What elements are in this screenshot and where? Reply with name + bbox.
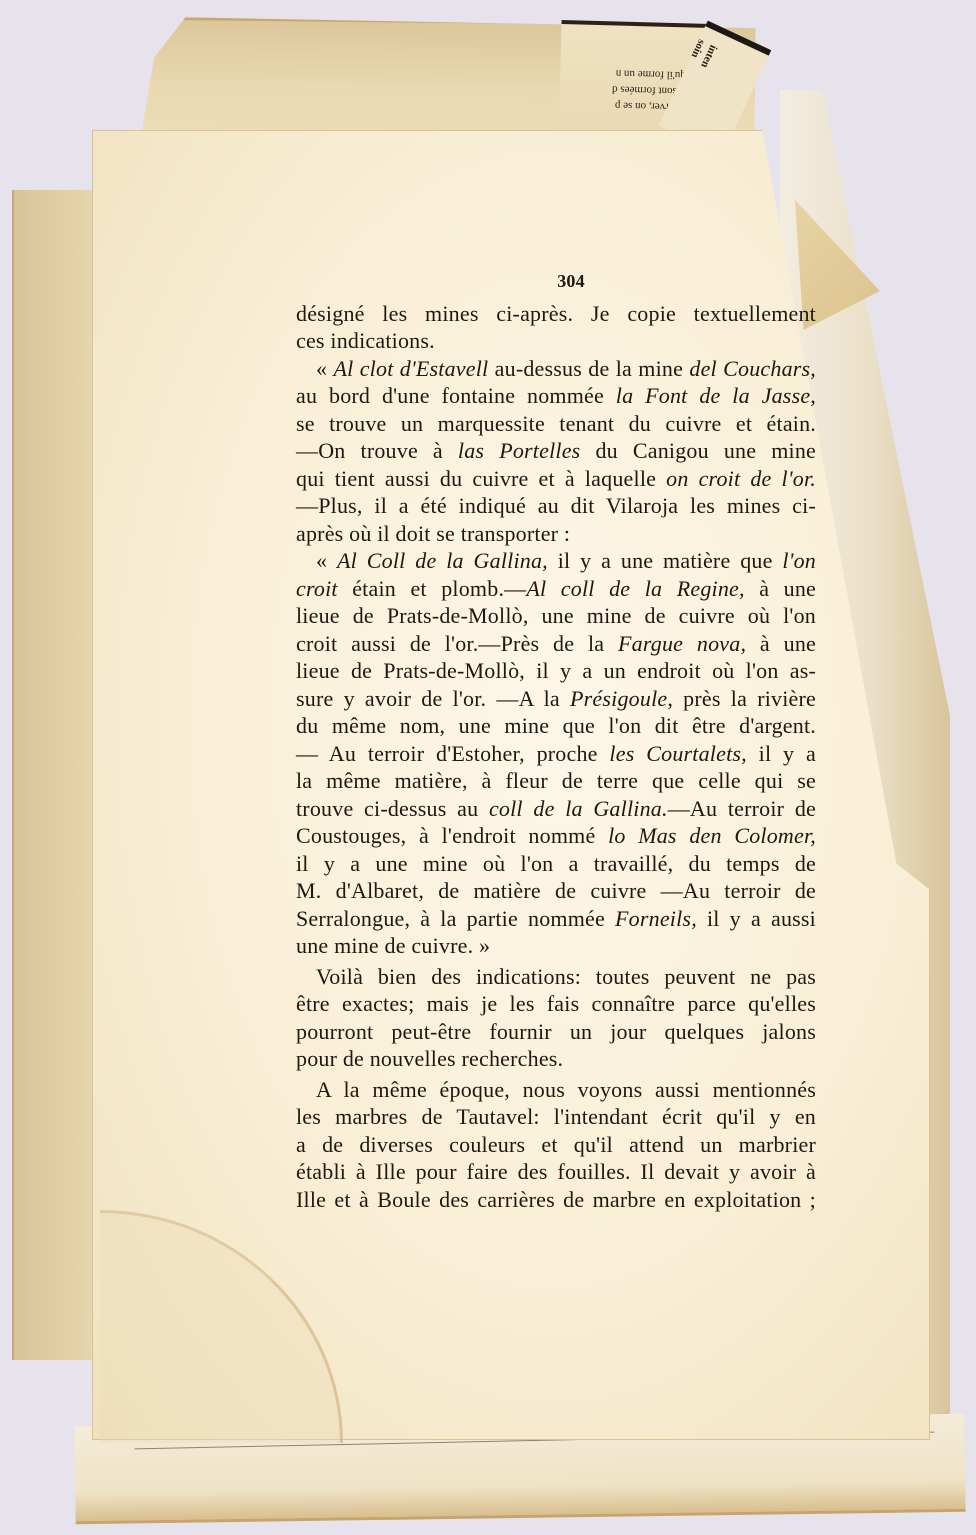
text-line: a de diverses couleurs et qu'il attend u…	[296, 1131, 816, 1159]
text-line: se trouve un marquessite tenant du cuivr…	[296, 410, 816, 438]
text: «	[316, 356, 333, 381]
text-line: sure y avoir de l'or. —A la Présigoule, …	[296, 685, 816, 713]
text: sure y avoir de l'or. —A la	[296, 686, 570, 711]
italic-text: las Portelles	[458, 438, 581, 463]
text: — Au terroir d'Estoher, proche	[296, 741, 609, 766]
text: Ille et à Boule des carrières de marbre …	[296, 1187, 816, 1212]
text-line: — Au terroir d'Estoher, proche les Court…	[296, 740, 816, 768]
text: il y a une mine où l'on a travaillé, du …	[296, 851, 816, 876]
text: a de diverses couleurs et qu'il attend u…	[296, 1132, 816, 1157]
text: pour de nouvelles recherches.	[296, 1046, 563, 1071]
text-line: pourront peut-être fournir un jour quelq…	[296, 1018, 816, 1046]
text: M. d'Albaret, de matière de cuivre —Au t…	[296, 878, 816, 903]
page-body: désigné les mines ci-après. Je copie tex…	[296, 300, 816, 1214]
text: il y a aussi	[697, 906, 816, 931]
text: Coustouges, à l'endroit nommé	[296, 823, 608, 848]
text-line: pour de nouvelles recherches.	[296, 1045, 816, 1073]
text-line: au bord d'une fontaine nommée la Font de…	[296, 382, 816, 410]
text-line: être exactes; mais je les fais connaître…	[296, 990, 816, 1018]
text: —On trouve à	[296, 438, 458, 463]
italic-text: l'on	[782, 548, 816, 573]
text: lieue de Prats-de-Mollò, il y a un endro…	[296, 658, 816, 683]
text: pourront peut-être fournir un jour quelq…	[296, 1019, 816, 1044]
text: les marbres de Tautavel: l'intendant écr…	[296, 1104, 816, 1129]
text-line: M. d'Albaret, de matière de cuivre —Au t…	[296, 877, 816, 905]
text: étain et plomb.—	[338, 576, 527, 601]
text-line: les marbres de Tautavel: l'intendant écr…	[296, 1103, 816, 1131]
text-line: du même nom, une mine que l'on dit être …	[296, 712, 816, 740]
text: après où il doit se transporter :	[296, 521, 570, 546]
text-line: —Plus, il a été indiqué au dit Vilaroja …	[296, 492, 816, 520]
text: Voilà bien des indications: toutes peuve…	[316, 964, 816, 989]
text-line: A la même époque, nous voyons aussi ment…	[296, 1076, 816, 1104]
text-line: Coustouges, à l'endroit nommé lo Mas den…	[296, 822, 816, 850]
text-line: croit étain et plomb.—Al coll de la Regi…	[296, 575, 816, 603]
text-line: établi à Ille pour faire des fouilles. I…	[296, 1158, 816, 1186]
text: établi à Ille pour faire des fouilles. I…	[296, 1159, 816, 1184]
text-line: désigné les mines ci-après. Je copie tex…	[296, 300, 816, 328]
italic-text: Al clot d'Estavell	[333, 356, 488, 381]
text-line: croit aussi de l'or.—Près de la Fargue n…	[296, 630, 816, 658]
text: au-dessus de la mine	[488, 356, 689, 381]
text: près la rivière	[673, 686, 816, 711]
text-line: il y a une mine où l'on a travaillé, du …	[296, 850, 816, 878]
italic-text: Al Coll de la Gallina,	[337, 548, 548, 573]
text: du Canigou une mine	[580, 438, 816, 463]
text: désigné les mines ci-après. Je copie tex…	[296, 301, 816, 326]
text-line: Serralongue, à la partie nommée Forneils…	[296, 905, 816, 933]
text-line: la même matière, à fleur de terre que ce…	[296, 767, 816, 795]
text: se trouve un marquessite tenant du cuivr…	[296, 411, 816, 436]
text-line: « Al Coll de la Gallina, il y a une mati…	[296, 547, 816, 575]
page-number: 304	[296, 268, 816, 296]
text: croit aussi de l'or.—Près de la	[296, 631, 618, 656]
text: au bord d'une fontaine nommée	[296, 383, 616, 408]
text: Serralongue, à la partie nommée	[296, 906, 615, 931]
italic-text: la Font de la Jasse,	[616, 383, 816, 408]
text-line: Voilà bien des indications: toutes peuve…	[296, 963, 816, 991]
text: à une	[746, 631, 816, 656]
text: être exactes; mais je les fais connaître…	[296, 991, 816, 1016]
italic-text: Al coll de la Regine,	[526, 576, 744, 601]
text-line: « Al clot d'Estavell au-dessus de la min…	[296, 355, 816, 383]
italic-text: Forneils,	[615, 906, 697, 931]
text-line: lieue de Prats-de-Mollò, il y a un endro…	[296, 657, 816, 685]
text-line: trouve ci-dessus au coll de la Gallina.—…	[296, 795, 816, 823]
text: il y a une matière que	[548, 548, 783, 573]
text-line: —On trouve à las Portelles du Canigou un…	[296, 437, 816, 465]
italic-text: del Couchars,	[689, 356, 816, 381]
text-line: ces indications.	[296, 327, 816, 355]
text: une mine de cuivre. »	[296, 933, 490, 958]
text: lieue de Prats-de-Mollò, une mine de cui…	[296, 603, 816, 628]
text-line: lieue de Prats-de-Mollò, une mine de cui…	[296, 602, 816, 630]
text: ces indications.	[296, 328, 435, 353]
italic-text: Fargue nova,	[618, 631, 746, 656]
text: A la même époque, nous voyons aussi ment…	[316, 1077, 816, 1102]
text: il y a	[747, 741, 816, 766]
text: à une	[745, 576, 816, 601]
text-line: qui tient aussi du cuivre et à laquelle …	[296, 465, 816, 493]
text-line: Ille et à Boule des carrières de marbre …	[296, 1186, 816, 1214]
italic-text: les Courtalets,	[609, 741, 746, 766]
text: —Au terroir de	[668, 796, 816, 821]
italic-text: coll de la Gallina.	[489, 796, 668, 821]
text: «	[316, 548, 337, 573]
italic-text: on croit de l'or.	[666, 466, 816, 491]
text: qui tient aussi du cuivre et à laquelle	[296, 466, 666, 491]
italic-text: croit	[296, 576, 338, 601]
italic-text: lo Mas den Colomer,	[608, 823, 816, 848]
text: trouve ci-dessus au	[296, 796, 489, 821]
page-text-block: 304 désigné les mines ci-après. Je copie…	[296, 268, 816, 1213]
italic-text: Présigoule,	[570, 686, 673, 711]
text: du même nom, une mine que l'on dit être …	[296, 713, 816, 738]
text-line: une mine de cuivre. »	[296, 932, 816, 960]
text: —Plus, il a été indiqué au dit Vilaroja …	[296, 493, 816, 518]
text-line: après où il doit se transporter :	[296, 520, 816, 548]
text: la même matière, à fleur de terre que ce…	[296, 768, 816, 793]
